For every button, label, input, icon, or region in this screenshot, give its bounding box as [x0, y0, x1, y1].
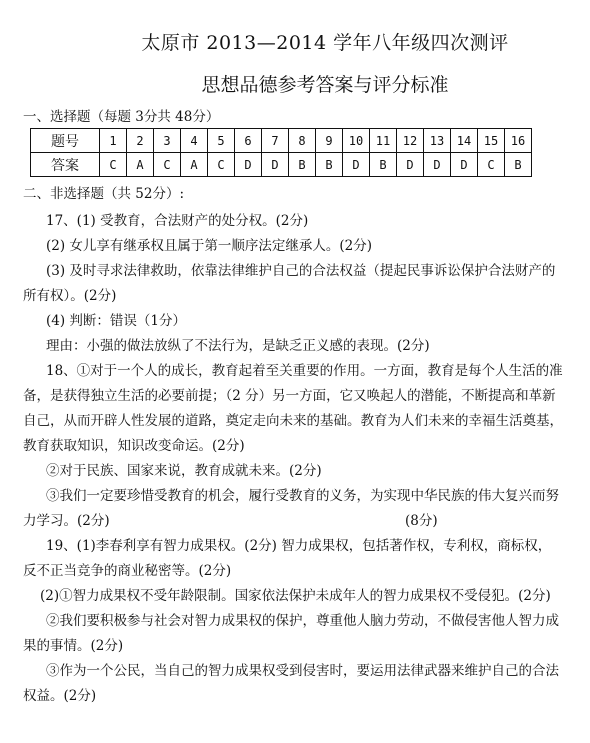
answer-line: 力学习。(2分) — [23, 512, 110, 530]
answer-line: ②我们要积极参与社会对智力成果权的保护，尊重他人脑力劳动，不做侵害他人智力成 — [46, 612, 559, 630]
question-number: 4 — [181, 129, 208, 153]
answer-line: 18、①对于一个人的成长，教育起着至关重要的作用。一方面，教育是每个人生活的准 — [46, 362, 563, 380]
answer-cell: D — [343, 153, 370, 177]
answer-cell: D — [262, 153, 289, 177]
answer-line: (3) 及时寻求法律救助，依靠法律维护自己的合法权益（提起民事诉讼保护合法财产的 — [46, 262, 555, 280]
answer-line: ③我们一定要珍惜受教育的机会，履行受教育的义务，为实现中华民族的伟大复兴而努 — [46, 487, 559, 505]
question-number: 14 — [451, 129, 478, 153]
answer-cell: D — [235, 153, 262, 177]
answer-table: 题号 1 2 3 4 5 6 7 8 9 10 11 12 13 14 15 1… — [30, 128, 532, 177]
answer-cell: C — [208, 153, 235, 177]
table-row-answers: 答案 C A C A C D D B B D B D D D C B — [31, 153, 532, 177]
answer-line: 果的事情。(2分) — [23, 637, 123, 655]
answer-line: 17、(1) 受教育，合法财产的处分权。(2分) — [46, 212, 308, 230]
question-number: 1 — [100, 129, 127, 153]
question-number: 9 — [316, 129, 343, 153]
row-label: 题号 — [31, 129, 100, 153]
answer-cell: B — [370, 153, 397, 177]
question-number: 2 — [127, 129, 154, 153]
answer-line: ②对于民族、国家来说，教育成就未来。(2分) — [46, 462, 322, 480]
answer-cell: C — [154, 153, 181, 177]
answer-line: (2) 女儿享有继承权且属于第一顺序法定继承人。(2分) — [46, 237, 372, 255]
table-row-numbers: 题号 1 2 3 4 5 6 7 8 9 10 11 12 13 14 15 1… — [31, 129, 532, 153]
answer-line: 教育获取知识，知识改变命运。(2分) — [23, 437, 245, 455]
question-number: 10 — [343, 129, 370, 153]
answer-line: 备，是获得独立生活的必要前提；（2 分）另一方面，它又唤起人的潜能，不断提高和革… — [23, 387, 556, 405]
answer-cell: A — [127, 153, 154, 177]
answer-line: (2)①智力成果权不受年龄限制。国家依法保护未成年人的智力成果权不受侵犯。(2分… — [40, 587, 551, 605]
page-subtitle: 思想品德参考答案与评分标准 — [0, 70, 590, 97]
question-number: 16 — [505, 129, 532, 153]
answer-line: 反不正当竞争的商业秘密等。(2分) — [23, 562, 231, 580]
question-number: 5 — [208, 129, 235, 153]
answer-line: 19、(1)李春利享有智力成果权。(2分) 智力成果权，包括著作权，专利权，商标… — [46, 537, 551, 555]
question-number: 8 — [289, 129, 316, 153]
question-number: 6 — [235, 129, 262, 153]
section2-heading: 二、非选择题（共 52分）: — [23, 185, 184, 203]
answer-cell: B — [505, 153, 532, 177]
answer-line: 所有权）。(2分) — [23, 287, 116, 305]
answer-cell: C — [100, 153, 127, 177]
answer-line: 权益。(2分) — [23, 687, 96, 705]
question-number: 13 — [424, 129, 451, 153]
answer-line: (4) 判断：错误（1分） — [46, 312, 186, 330]
answer-cell: A — [181, 153, 208, 177]
answer-line: 理由：小强的做法放纵了不法行为，是缺乏正义感的表现。(2分) — [46, 337, 430, 355]
question-number: 12 — [397, 129, 424, 153]
question-number: 15 — [478, 129, 505, 153]
answer-cell: D — [424, 153, 451, 177]
answer-cell: D — [397, 153, 424, 177]
answer-cell: B — [289, 153, 316, 177]
question-number: 7 — [262, 129, 289, 153]
section1-heading: 一、选择题（每题 3分共 48分） — [23, 108, 219, 126]
page-title: 太原市 2013—2014 学年八年级四次测评 — [0, 28, 590, 55]
answer-line: ③作为一个公民，当自己的智力成果权受到侵害时，要运用法律武器来维护自己的合法 — [46, 662, 559, 680]
answer-cell: B — [316, 153, 343, 177]
question-number: 11 — [370, 129, 397, 153]
row-label: 答案 — [31, 153, 100, 177]
answer-line: 自己，从而开辟人性发展的道路，奠定走向未来的基础。教育为人们未来的幸福生活奠基， — [23, 412, 563, 430]
answer-cell: C — [478, 153, 505, 177]
score-total: (8分) — [405, 512, 438, 530]
question-number: 3 — [154, 129, 181, 153]
answer-cell: D — [451, 153, 478, 177]
